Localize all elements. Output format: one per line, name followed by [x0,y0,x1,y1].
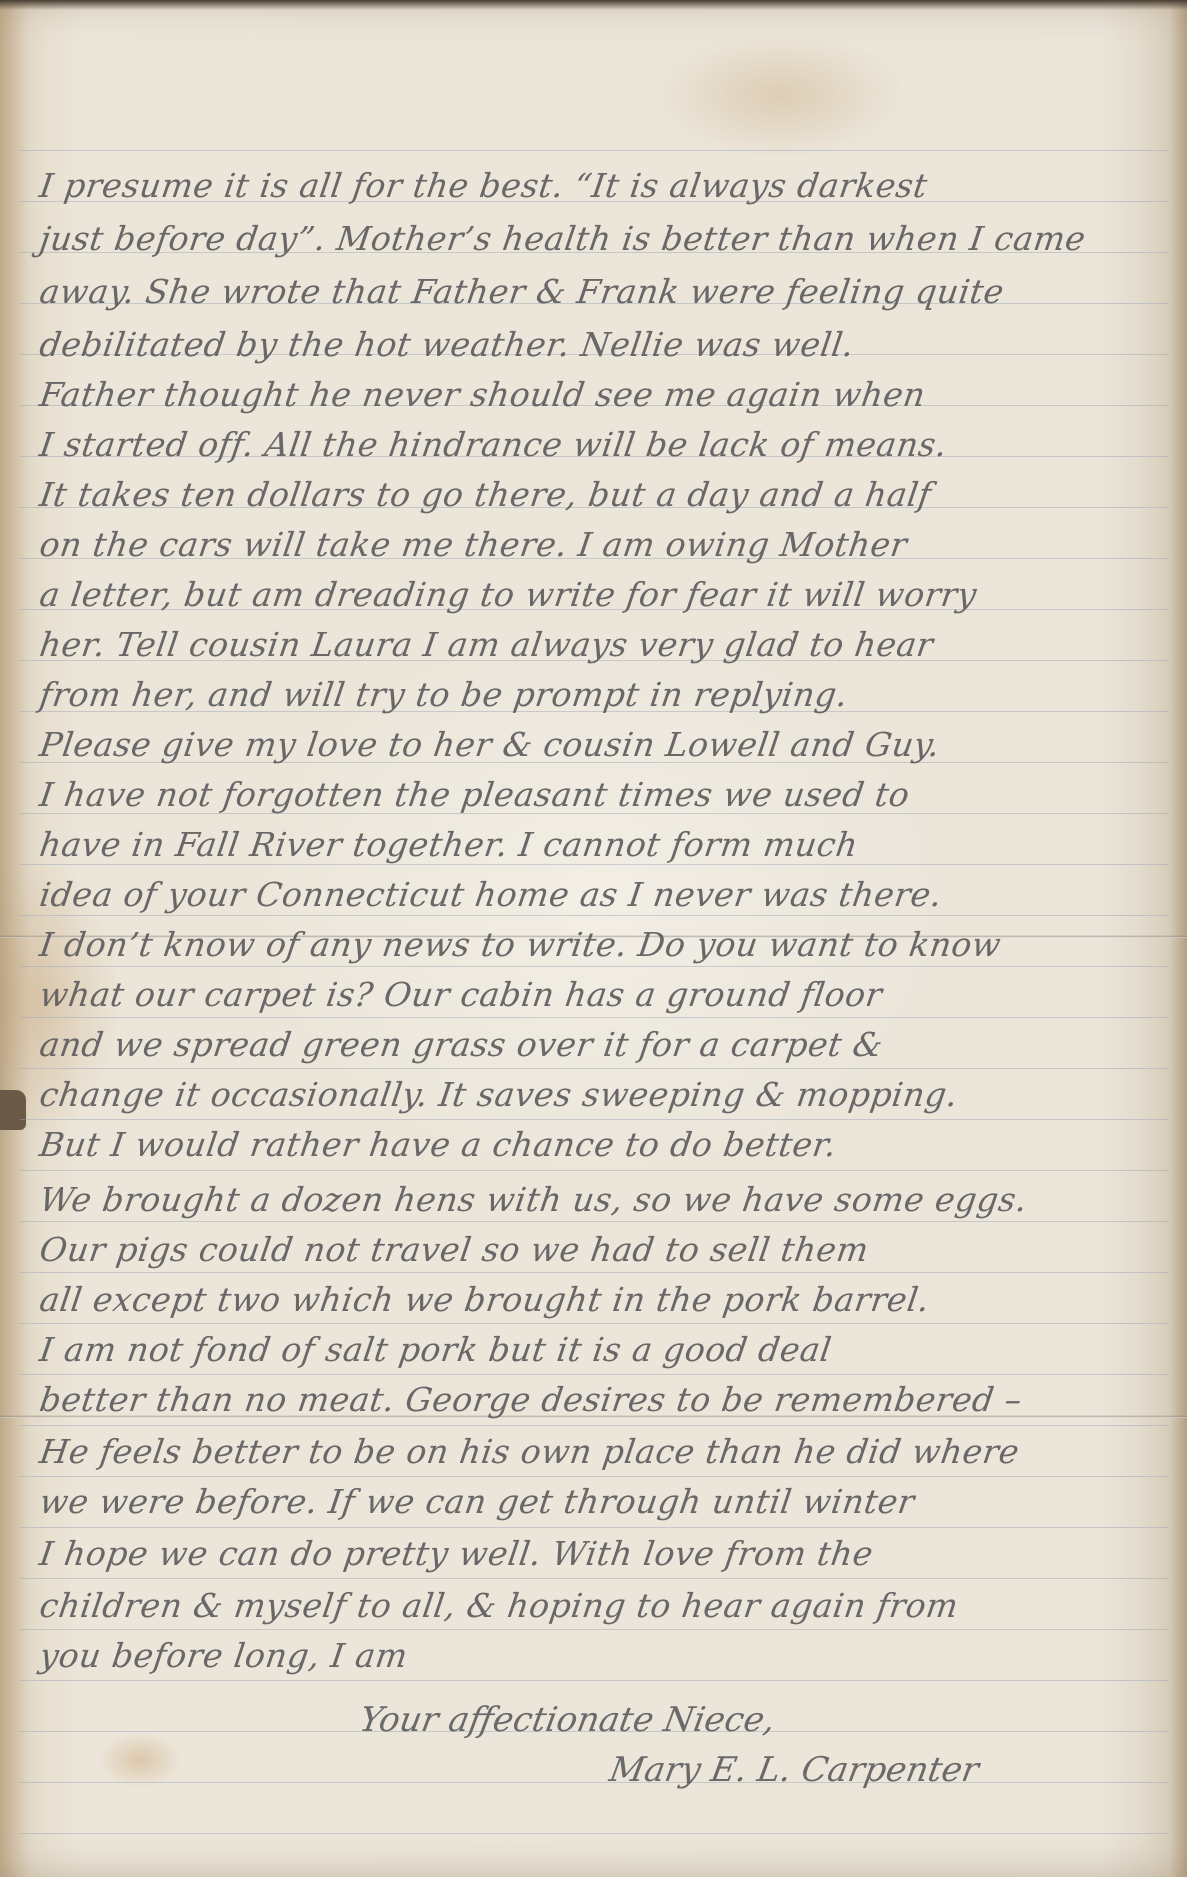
letter-line: from her, and will try to be prompt in r… [37,675,1159,714]
letter-line: a letter, but am dreading to write for f… [37,575,1159,614]
letter-line: change it occasionally. It saves sweepin… [37,1075,1159,1114]
ruled-line [20,150,1169,151]
letter-line: you before long, I am [37,1636,1159,1675]
letter-line: I started off. All the hindrance will be… [37,425,1159,464]
letter-line: I am not fond of salt pork but it is a g… [37,1330,1159,1369]
ruled-line [20,1170,1169,1171]
ruled-line [20,1221,1169,1222]
ruled-line [20,1782,1169,1783]
ruled-line [20,1578,1169,1579]
letter-line: I presume it is all for the best. “It is… [37,166,1159,205]
letter-line: He feels better to be on his own place t… [37,1432,1159,1471]
ruled-line [20,1119,1169,1120]
letter-closing: Your affectionate Niece, [356,1700,778,1740]
letter-line: have in Fall River together. I cannot fo… [37,825,1159,864]
ruled-line [20,966,1169,967]
letter-line: on the cars will take me there. I am owi… [37,525,1159,564]
torn-left-edge [0,1090,26,1130]
letter-line: better than no meat. George desires to b… [37,1380,1159,1419]
torn-top-edge [0,0,1187,10]
ruled-line [20,915,1169,916]
letter-line: just before day”. Mother’s health is bet… [37,219,1159,258]
ruled-line [20,1833,1169,1834]
letter-line: Father thought he never should see me ag… [37,375,1159,414]
letter-line: I don’t know of any news to write. Do yo… [37,925,1159,964]
letter-line: Our pigs could not travel so we had to s… [37,1230,1159,1269]
letter-line: we were before. If we can get through un… [37,1482,1159,1521]
letter-line: Please give my love to her & cousin Lowe… [37,725,1159,764]
ruled-line [20,1629,1169,1630]
letter-line: all except two which we brought in the p… [37,1280,1159,1319]
letter-line: We brought a dozen hens with us, so we h… [37,1180,1159,1219]
ruled-line [20,1272,1169,1273]
letter-page: I presume it is all for the best. “It is… [0,0,1187,1877]
letter-signature: Mary E. L. Carpenter [606,1750,981,1790]
ruled-line [20,1425,1169,1426]
ruled-line [20,1017,1169,1018]
letter-line: idea of your Connecticut home as I never… [37,875,1159,914]
letter-line: children & myself to all, & hoping to he… [37,1586,1159,1625]
ruled-line [20,1680,1169,1681]
ruled-line [20,1476,1169,1477]
letter-line: I hope we can do pretty well. With love … [37,1534,1159,1573]
letter-line: away. She wrote that Father & Frank were… [37,272,1159,311]
ruled-line [20,1323,1169,1324]
ruled-line [20,1527,1169,1528]
letter-line: I have not forgotten the pleasant times … [37,775,1159,814]
letter-line: But I would rather have a chance to do b… [37,1125,1159,1164]
letter-line: what our carpet is? Our cabin has a grou… [37,975,1159,1014]
letter-line: and we spread green grass over it for a … [37,1025,1159,1064]
letter-line: her. Tell cousin Laura I am always very … [37,625,1159,664]
ruled-line [20,1374,1169,1375]
letter-line: It takes ten dollars to go there, but a … [37,475,1159,514]
ruled-line [20,1068,1169,1069]
letter-line: debilitated by the hot weather. Nellie w… [37,325,1159,364]
ruled-line [20,864,1169,865]
